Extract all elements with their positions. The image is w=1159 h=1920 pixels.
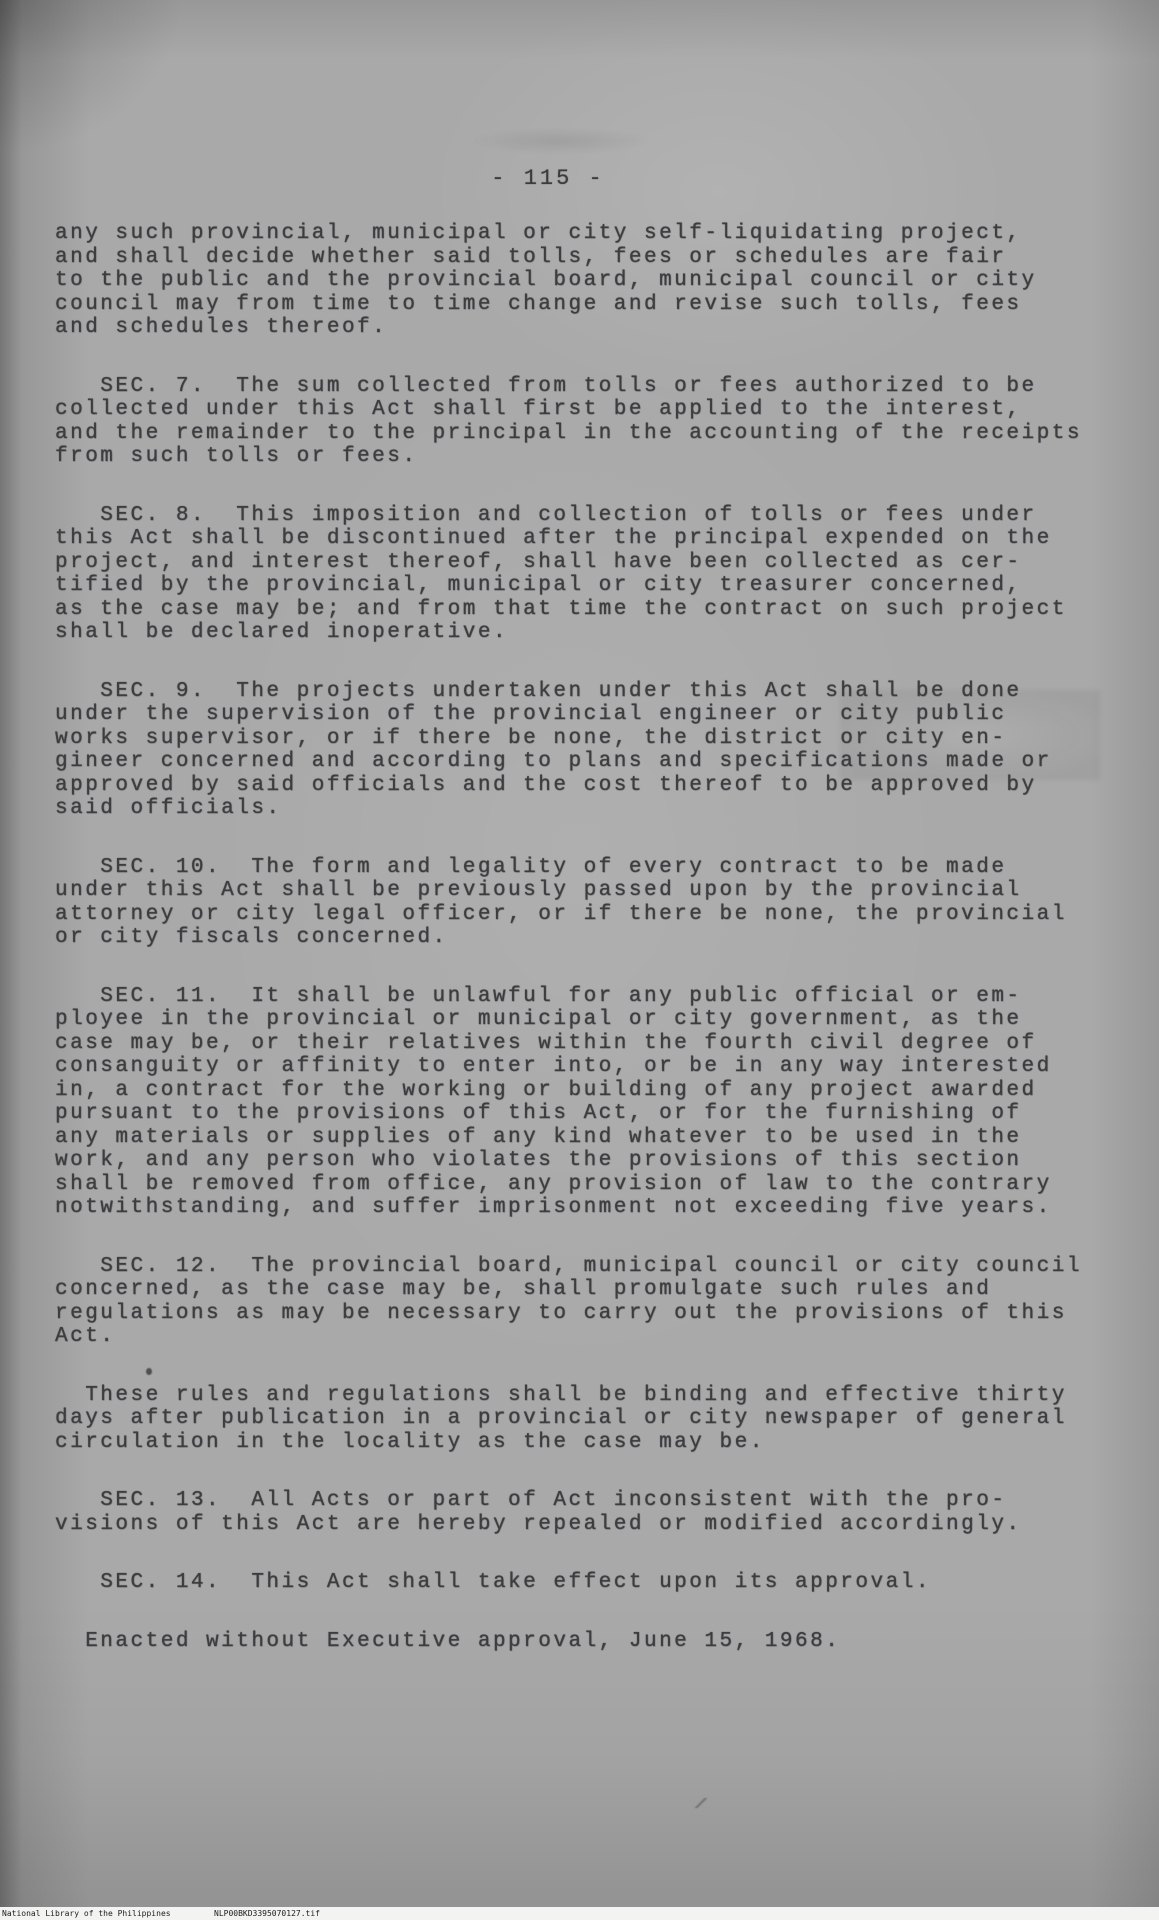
page-number: - 115 - xyxy=(491,166,604,191)
paragraph-sec-14: SEC. 14. This Act shall take effect upon… xyxy=(55,1571,1125,1595)
paragraph-sec-13: SEC. 13. All Acts or part of Act inconsi… xyxy=(55,1489,1125,1536)
paragraph-sec-9: SEC. 9. The projects undertaken under th… xyxy=(55,680,1125,821)
paragraph-intro-continuation: any such provincial, municipal or city s… xyxy=(55,222,1125,340)
footer-filename-label: NLP00BKD3395070127.tif xyxy=(214,1909,320,1918)
scanner-footer-bar: National Library of the Philippines NLP0… xyxy=(0,1907,1159,1920)
document-body: any such provincial, municipal or city s… xyxy=(55,222,1125,1688)
paragraph-rules-effectivity: These rules and regulations shall be bin… xyxy=(55,1384,1125,1455)
paragraph-enactment: Enacted without Executive approval, June… xyxy=(55,1630,1125,1654)
scanned-document-page: - 115 - any such provincial, municipal o… xyxy=(0,0,1159,1920)
paragraph-sec-10: SEC. 10. The form and legality of every … xyxy=(55,856,1125,950)
paragraph-sec-7: SEC. 7. The sum collected from tolls or … xyxy=(55,375,1125,469)
scan-smudge xyxy=(470,128,650,154)
paragraph-sec-12: SEC. 12. The provincial board, municipal… xyxy=(55,1255,1125,1349)
paragraph-sec-8: SEC. 8. This imposition and collection o… xyxy=(55,504,1125,645)
scan-mark xyxy=(694,1798,708,1808)
footer-library-label: National Library of the Philippines xyxy=(2,1909,214,1918)
paragraph-sec-11: SEC. 11. It shall be unlawful for any pu… xyxy=(55,985,1125,1220)
